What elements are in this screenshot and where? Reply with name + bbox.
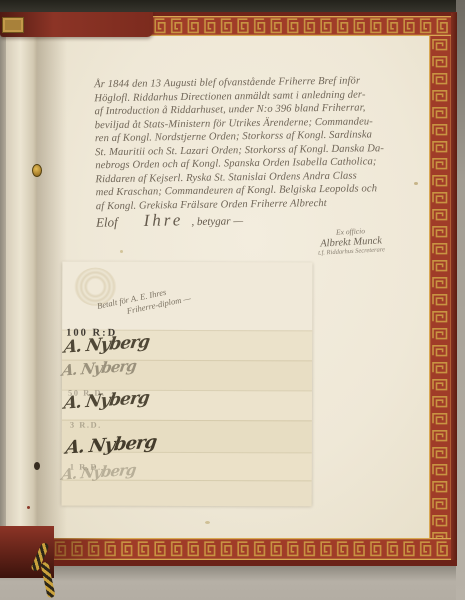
register-entry-text: År 1844 den 13 Augusti blef ofvanstående…: [94, 74, 416, 213]
fee-stamp: 3 R.D.: [70, 420, 102, 430]
attestation-block: Ex officio Albrekt Munck t.f. Riddarhus …: [294, 224, 407, 258]
gilt-spine-label: [2, 17, 24, 33]
facing-page-edge: [6, 34, 38, 530]
wax-speck: [27, 506, 30, 509]
surname-signature: Ihre: [144, 210, 184, 230]
receipt-slip: Betalt för A. E. Ihres Friherre-diplom —…: [62, 262, 313, 506]
foxing-spot: [205, 521, 210, 524]
leather-bottom-edge: [52, 560, 457, 566]
background-bottom: [0, 566, 465, 600]
slip-strip: [62, 480, 312, 507]
cord-segment: [40, 562, 55, 599]
sewing-band-dot: [32, 164, 42, 177]
foxing-spot: [120, 250, 123, 253]
greek-key-border-right: [429, 36, 452, 538]
closing-suffix: , betygar —: [191, 215, 243, 228]
background-right: [456, 0, 465, 600]
leather-right-edge: [451, 13, 457, 564]
book-photograph: År 1844 den 13 Augusti blef ofvanstående…: [0, 0, 465, 600]
sewing-hole-dot: [34, 462, 40, 470]
seal-cord: [28, 542, 68, 600]
given-name: Elof: [96, 214, 118, 229]
foxing-spot: [414, 182, 418, 185]
